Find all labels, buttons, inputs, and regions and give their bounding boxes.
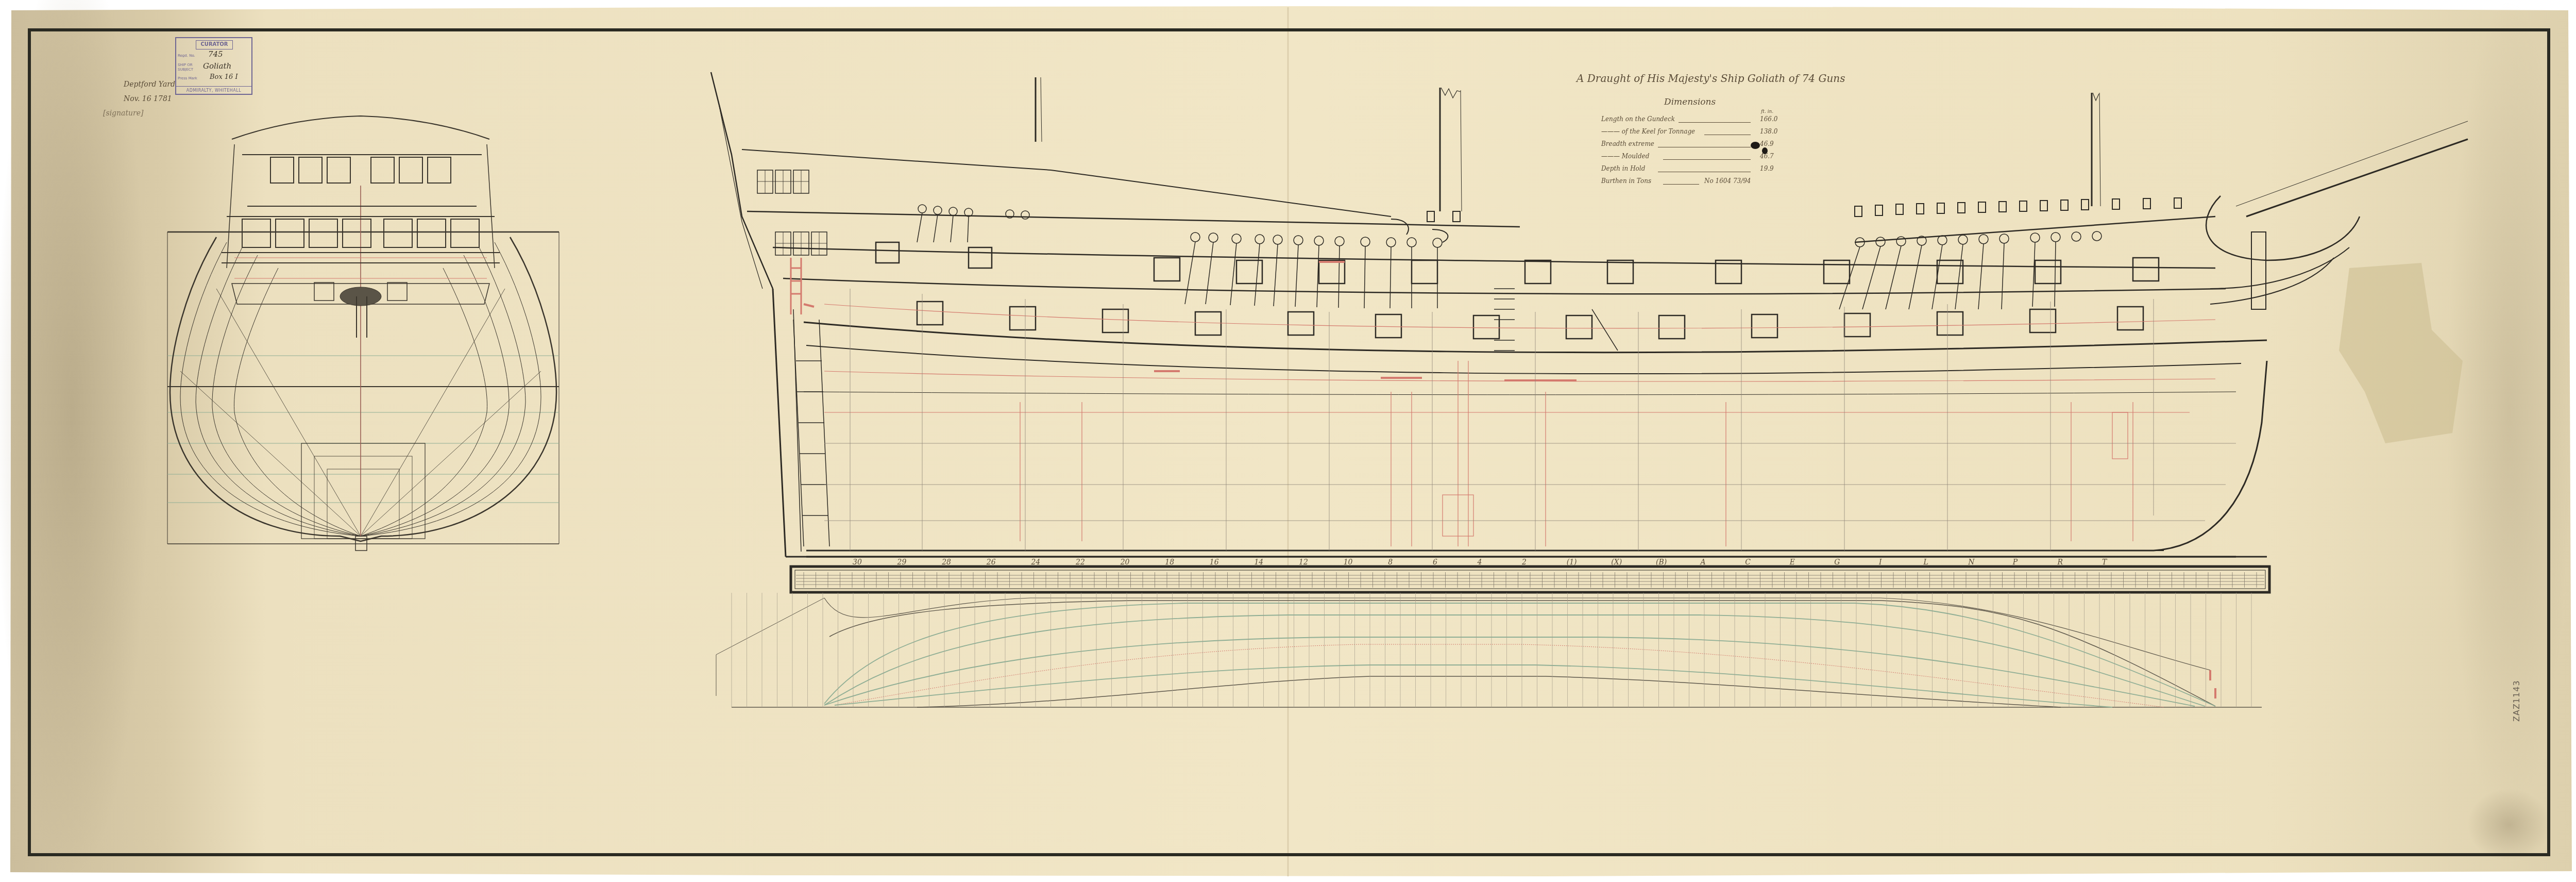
dimension-row: Depth in Hold 19.9 bbox=[1601, 165, 1756, 175]
margin-note-signature: [signature] bbox=[103, 106, 175, 121]
frame-station-label: 4 bbox=[1478, 558, 1482, 567]
frame-station-label: 8 bbox=[1388, 558, 1393, 567]
regd-no-value: 745 bbox=[208, 49, 223, 59]
frame-station-label: 12 bbox=[1299, 558, 1308, 567]
dimension-row: Breadth extreme 46.9 bbox=[1601, 140, 1756, 151]
ship-value: Goliath bbox=[203, 61, 231, 71]
frame-station-label: I bbox=[1879, 558, 1882, 567]
frame-station-label: 18 bbox=[1165, 558, 1174, 567]
frame-station-label: G bbox=[1834, 558, 1840, 567]
dimension-value: 46.7 bbox=[1760, 153, 1806, 160]
dimension-row: ——— of the Keel for Tonnage 138.0 bbox=[1601, 128, 1756, 138]
ship-draught-sheet: CURATOR Regd. No. 745 SHIP OR SUBJECT Go… bbox=[0, 0, 2576, 882]
frame-station-label: E bbox=[1790, 558, 1795, 567]
frame-station-label: N bbox=[1968, 558, 1974, 567]
ship-label-1: SHIP OR bbox=[178, 63, 193, 67]
title-block: A Draught of His Majesty's Ship Goliath … bbox=[1577, 72, 1906, 196]
regd-no-label: Regd. No. bbox=[178, 54, 195, 58]
frame-station-label: L bbox=[1924, 558, 1928, 567]
dimension-label: ——— of the Keel for Tonnage bbox=[1601, 128, 1695, 135]
frame-station-label: R bbox=[2057, 558, 2063, 567]
frame-station-label: (B) bbox=[1656, 558, 1667, 567]
frame-station-label: 10 bbox=[1344, 558, 1353, 567]
frame-station-label: 30 bbox=[853, 558, 862, 567]
frame-station-label: 2 bbox=[1522, 558, 1527, 567]
frame-station-label: 16 bbox=[1210, 558, 1219, 567]
frame-station-label: 22 bbox=[1076, 558, 1085, 567]
frame-station-label: P bbox=[2013, 558, 2018, 567]
frame-station-label: 29 bbox=[897, 558, 907, 567]
frame-station-label: A bbox=[1701, 558, 1706, 567]
paper bbox=[0, 0, 2572, 876]
dimension-label: Burthen in Tons bbox=[1601, 177, 1651, 185]
dimension-row: Burthen in Tons No 1604 73/94 bbox=[1601, 177, 1756, 188]
dimension-value: No 1604 73/94 bbox=[1704, 177, 1751, 185]
frame-station-label: (X) bbox=[1611, 558, 1622, 567]
frame-station-label: 6 bbox=[1433, 558, 1437, 567]
dimension-value: 138.0 bbox=[1760, 128, 1806, 135]
margin-note-yard: Deptford Yard bbox=[103, 77, 175, 92]
frame-station-label: C bbox=[1745, 558, 1751, 567]
dimension-value: 19.9 bbox=[1760, 165, 1806, 172]
frame-station-label: T bbox=[2102, 558, 2107, 567]
dimension-label: ——— Moulded bbox=[1601, 153, 1649, 160]
ink-blot bbox=[1762, 147, 1768, 154]
ship-label-2: SUBJECT bbox=[178, 68, 193, 72]
dimensions-heading: Dimensions bbox=[1664, 97, 1716, 107]
stamp-header: CURATOR bbox=[196, 40, 233, 49]
frame-station-label: 14 bbox=[1254, 558, 1263, 567]
dimension-row: ——— Moulded 46.7 bbox=[1601, 153, 1756, 163]
frame-station-label: 24 bbox=[1031, 558, 1040, 567]
dimension-label: Depth in Hold bbox=[1601, 165, 1645, 172]
dimension-label: Breadth extreme bbox=[1601, 140, 1654, 147]
frame-station-label: 28 bbox=[942, 558, 951, 567]
dimension-value: 166.0 bbox=[1760, 115, 1806, 123]
margin-note-date: Nov. 16 1781 bbox=[103, 92, 175, 106]
press-mark-label: Press Mark bbox=[178, 76, 197, 80]
dimension-row: Length on the Gundeck 166.0 bbox=[1601, 115, 1756, 126]
press-mark-value: Box 16 I bbox=[210, 73, 238, 81]
scale-bar bbox=[791, 567, 2269, 592]
reference-number: ZAZ1143 bbox=[2512, 680, 2521, 722]
frame-station-label: (1) bbox=[1567, 558, 1577, 567]
dimensions-unit-header: ft. in. bbox=[1761, 109, 1773, 114]
stamp-footer: ADMIRALTY, WHITEHALL bbox=[176, 86, 251, 93]
ink-blot bbox=[1751, 142, 1760, 149]
drawing-title: A Draught of His Majesty's Ship Goliath … bbox=[1577, 72, 1845, 85]
drawing-canvas bbox=[0, 0, 2576, 882]
curator-stamp: CURATOR Regd. No. 745 SHIP OR SUBJECT Go… bbox=[175, 37, 252, 95]
frame-station-label: 26 bbox=[987, 558, 996, 567]
dimension-label: Length on the Gundeck bbox=[1601, 115, 1675, 123]
frame-station-label: 20 bbox=[1121, 558, 1130, 567]
dimension-value: 46.9 bbox=[1760, 140, 1806, 147]
margin-note: Deptford Yard Nov. 16 1781 [signature] bbox=[103, 77, 175, 121]
